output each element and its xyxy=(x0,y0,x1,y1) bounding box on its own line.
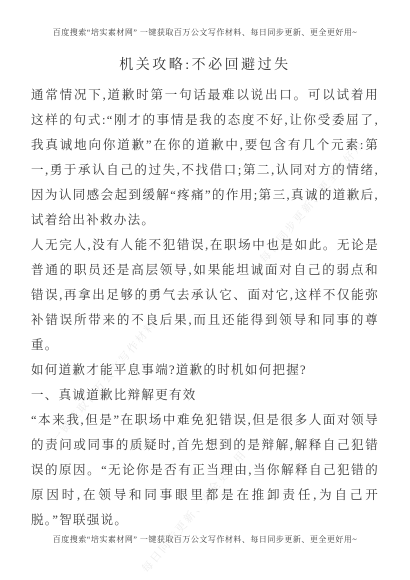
document-page: 百度搜索“培实素材网” 一键获取百万公文写作材料、每日同步更新、更全更好用~ 机… xyxy=(0,0,410,580)
header-watermark-note: 百度搜索“培实素材网” 一键获取百万公文写作材料、每日同步更新、更全更好用~ xyxy=(0,27,410,38)
document-body: 通常情况下,道歉时第一句话最难以说出口。可以试着用这样的句式:“刚才的事情是我的… xyxy=(31,83,379,533)
paragraph-apology-phrasing: 通常情况下,道歉时第一句话最难以说出口。可以试着用这样的句式:“刚才的事情是我的… xyxy=(31,83,379,233)
footer-watermark-note: 百度搜索“培实素材网” 一键获取百万公文写作材料、每日同步更新、更全更好用~ xyxy=(0,534,410,545)
paragraph-question: 如何道歉才能平息事端?道歉的时机如何把握? xyxy=(31,358,379,383)
paragraph-excuses: “本来我,但是”在职场中难免犯错误,但是很多人面对领导的责问或同事的质疑时,首先… xyxy=(31,408,379,533)
paragraph-nobody-perfect: 人无完人,没有人能不犯错误,在职场中也是如此。无论是普通的职员还是高层领导,如果… xyxy=(31,233,379,358)
section-heading-one: 一、真诚道歉比辩解更有效 xyxy=(31,383,379,408)
page-title: 机关攻略:不必回避过失 xyxy=(0,54,410,74)
